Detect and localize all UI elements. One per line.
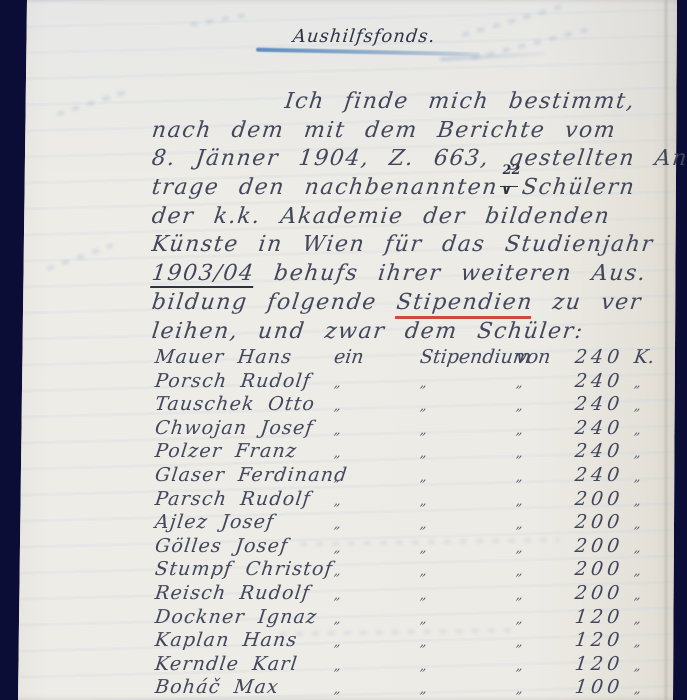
stipend-row: Polzer Franz„„„240„ — [0, 440, 687, 464]
text-segment: Schülern — [521, 175, 637, 200]
ditto-mark: „ — [419, 471, 428, 484]
ditto-mark: „ — [515, 377, 524, 390]
ditto-mark: „ — [419, 447, 428, 460]
ditto-mark: „ — [633, 471, 642, 484]
amount-value: 200 — [571, 558, 628, 582]
amount-value: 100 — [571, 676, 628, 700]
amount-value: 240 — [571, 346, 628, 370]
stipend-row: Parsch Rudolf„„„200„ — [0, 488, 687, 512]
ditto-mark: „ — [333, 447, 342, 460]
ditto-mark: „ — [515, 400, 524, 413]
ditto-mark: „ — [333, 565, 342, 578]
manuscript-line: leihen, und zwar dem Schüler: — [150, 318, 673, 347]
ditto-mark: „ — [419, 518, 428, 531]
photo-of-manuscript: { "document_type": "handwritten manuscri… — [0, 0, 687, 700]
ditto-mark: „ — [419, 377, 428, 390]
ditto-mark: „ — [333, 542, 342, 555]
ditto-mark: „ — [633, 683, 642, 696]
ditto-mark: „ — [633, 447, 642, 460]
student-name: Kaplan Hans — [154, 629, 299, 653]
manuscript-line: Ich finde mich bestimmt, — [150, 88, 673, 117]
ditto-mark: „ — [419, 613, 428, 626]
amount-value: 200 — [571, 511, 628, 535]
amount-value: 120 — [571, 606, 628, 630]
amount-value: 200 — [571, 488, 628, 512]
student-name: Porsch Rudolf — [154, 370, 313, 394]
text-segment: nach dem mit dem Berichte vom — [150, 118, 618, 143]
amount-value: 200 — [571, 582, 628, 606]
ditto-mark: „ — [419, 495, 428, 508]
stipend-row: Chwojan Josef„„„240„ — [0, 417, 687, 441]
stipend-row: Porsch Rudolf„„„240„ — [0, 370, 687, 394]
manuscript-line: Künste in Wien für das Studienjahr — [150, 231, 673, 260]
student-name: Gölles Josef — [154, 535, 290, 559]
ditto-mark: „ — [333, 589, 342, 602]
ditto-mark: „ — [419, 542, 428, 555]
ditto-mark: „ — [333, 613, 342, 626]
student-name: Reisch Rudolf — [154, 582, 312, 606]
col-von: von — [515, 346, 552, 370]
caret-icon: ∨ — [499, 176, 515, 205]
student-name: Mauer Hans — [154, 346, 294, 370]
text-segment: der k.k. Akademie der bildenden — [150, 204, 612, 229]
ditto-mark: „ — [419, 589, 428, 602]
amount-value: 240 — [571, 370, 628, 394]
amount-value: 120 — [571, 653, 628, 677]
ditto-mark: „ — [633, 400, 642, 413]
ditto-mark: „ — [515, 636, 524, 649]
ditto-mark: „ — [515, 424, 524, 437]
ditto-mark: „ — [633, 636, 642, 649]
ditto-mark: „ — [633, 377, 642, 390]
stipend-row: Ajlez Josef„„„200„ — [0, 511, 687, 535]
student-name: Chwojan Josef — [154, 417, 316, 441]
ditto-mark: „ — [333, 400, 342, 413]
text-segment: 8. Jänner 1904, Z. 663, gestellten An — [150, 146, 687, 171]
text-segment: leihen, und zwar dem Schüler: — [150, 319, 585, 344]
amount-value: 240 — [571, 417, 628, 441]
amount-value: 240 — [571, 440, 628, 464]
text-segment: zu ver — [532, 290, 644, 315]
text-segment: Künste in Wien für das Studienjahr — [150, 232, 655, 257]
ditto-mark: „ — [515, 518, 524, 531]
ditto-mark: „ — [515, 660, 524, 673]
text-segment: Ich finde mich bestimmt, — [283, 89, 636, 114]
ditto-mark: „ — [419, 400, 428, 413]
student-name: Boháč Max — [154, 676, 281, 700]
text-segment: bildung folgende — [150, 290, 398, 315]
ditto-mark: „ — [333, 683, 342, 696]
manuscript-line: 8. Jänner 1904, Z. 663, gestellten An — [150, 145, 673, 174]
stipend-row: Gölles Josef„„„200„ — [0, 535, 687, 559]
stipend-row: Dockner Ignaz„„„120„ — [0, 606, 687, 630]
manuscript-line: 1903/04 behufs ihrer weiteren Aus. — [150, 260, 673, 289]
ditto-mark: „ — [633, 660, 642, 673]
ditto-mark: „ — [333, 636, 342, 649]
amount-value: 120 — [571, 629, 628, 653]
student-name: Kerndle Karl — [154, 653, 300, 677]
amount-value: 200 — [571, 535, 628, 559]
ditto-mark: „ — [633, 565, 642, 578]
manuscript-line: nach dem mit dem Berichte vom — [150, 117, 673, 146]
ditto-mark: „ — [419, 683, 428, 696]
stipend-row: Boháč Max„„„100„ — [0, 676, 687, 700]
text-segment: trage den nachbenannten — [150, 175, 499, 200]
body-paragraph: Ich finde mich bestimmt,nach dem mit dem… — [150, 88, 669, 346]
stipend-row: Stumpf Christof„„„200„ — [0, 558, 687, 582]
ditto-mark: „ — [515, 447, 524, 460]
text-segment: behufs ihrer weiteren Aus. — [253, 261, 648, 286]
insertion-annotation: 22∨ — [497, 174, 523, 194]
stipend-row: Kaplan Hans„„„120„ — [0, 629, 687, 653]
ditto-mark: „ — [633, 424, 642, 437]
manuscript-line: bildung folgende Stipendien zu ver — [150, 289, 673, 318]
ditto-mark: „ — [419, 424, 428, 437]
stipend-row: Reisch Rudolf„„„200„ — [0, 582, 687, 606]
ditto-mark: „ — [333, 660, 342, 673]
ditto-mark: „ — [419, 565, 428, 578]
student-name: Parsch Rudolf — [154, 488, 313, 512]
ditto-mark: „ — [633, 542, 642, 555]
currency-unit: K. — [633, 346, 656, 370]
col-ein: ein — [333, 346, 365, 370]
stipend-list: Mauer HanseinStipendiumvon240K.Porsch Ru… — [0, 346, 687, 700]
student-name: Ajlez Josef — [154, 511, 276, 535]
student-name: Tauschek Otto — [154, 393, 317, 417]
ditto-mark: „ — [633, 589, 642, 602]
ditto-mark: „ — [333, 377, 342, 390]
red-underlined-word: Stipendien — [394, 290, 534, 319]
black-underlined-date: 1903/04 — [150, 261, 256, 288]
student-name: Glaser Ferdinand — [154, 464, 349, 488]
ditto-mark: „ — [515, 471, 524, 484]
ditto-mark: „ — [515, 683, 524, 696]
student-name: Dockner Ignaz — [154, 606, 319, 630]
page-title: Aushilfsfonds. — [292, 26, 437, 47]
ditto-mark: „ — [515, 589, 524, 602]
ditto-mark: „ — [515, 613, 524, 626]
ditto-mark: „ — [419, 636, 428, 649]
ditto-mark: „ — [333, 471, 342, 484]
ditto-mark: „ — [333, 518, 342, 531]
stipend-row: Mauer HanseinStipendiumvon240K. — [0, 346, 687, 370]
ditto-mark: „ — [515, 542, 524, 555]
amount-value: 240 — [571, 393, 628, 417]
ditto-mark: „ — [419, 660, 428, 673]
stipend-row: Kerndle Karl„„„120„ — [0, 653, 687, 677]
ditto-mark: „ — [633, 495, 642, 508]
ditto-mark: „ — [333, 424, 342, 437]
manuscript-line: trage den nachbenannten22∨Schülern — [150, 174, 673, 203]
amount-value: 240 — [571, 464, 628, 488]
ditto-mark: „ — [633, 613, 642, 626]
ditto-mark: „ — [633, 518, 642, 531]
ditto-mark: „ — [515, 565, 524, 578]
stipend-row: Glaser Ferdinand„„„240„ — [0, 464, 687, 488]
ditto-mark: „ — [333, 495, 342, 508]
ditto-mark: „ — [515, 495, 524, 508]
stipend-row: Tauschek Otto„„„240„ — [0, 393, 687, 417]
manuscript-line: der k.k. Akademie der bildenden — [150, 203, 673, 232]
student-name: Polzer Franz — [154, 440, 299, 464]
student-name: Stumpf Christof — [154, 558, 335, 582]
